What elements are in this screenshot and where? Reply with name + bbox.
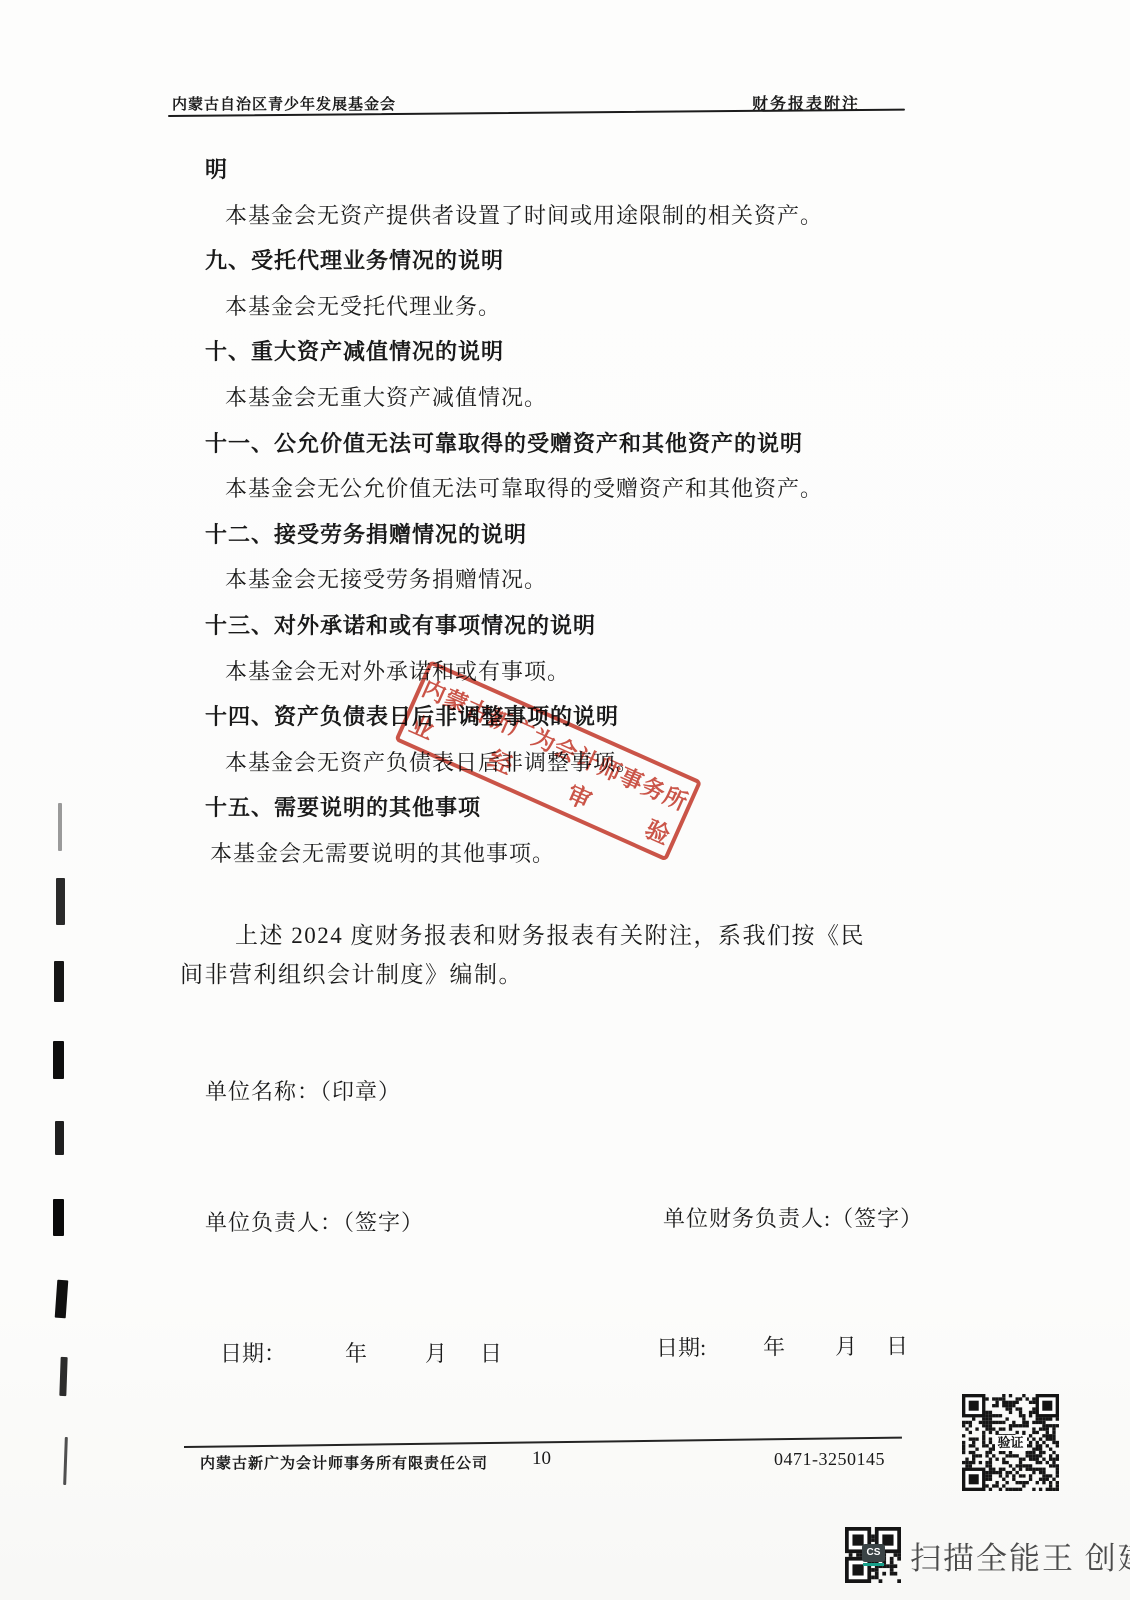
binding-mark xyxy=(56,878,65,925)
verification-qr-code: 验证 xyxy=(962,1394,1059,1491)
section-heading: 十三、对外承诺和或有事项情况的说明 xyxy=(180,603,900,649)
binding-mark xyxy=(54,961,64,1002)
camscanner-qr-icon: CS xyxy=(845,1527,901,1583)
binding-mark xyxy=(53,1199,64,1236)
month-label: 月 xyxy=(835,1330,857,1361)
binding-mark xyxy=(55,1121,64,1155)
binding-mark xyxy=(53,1041,64,1079)
footer-page-number: 10 xyxy=(532,1448,551,1470)
section-paragraph: 本基金会无资产提供者设置了时间或用途限制的相关资产。 xyxy=(180,193,900,239)
unit-name-line: 单位名称：（印章） xyxy=(205,1075,401,1106)
section-paragraph: 本基金会无接受劳务捐赠情况。 xyxy=(180,557,900,603)
footer-phone-number: 0471-3250145 xyxy=(774,1449,885,1470)
date-label: 日期: xyxy=(656,1331,706,1362)
day-label: 日 xyxy=(886,1329,908,1360)
camscanner-label: 扫描全能王 创建 xyxy=(910,1533,1130,1578)
binding-mark xyxy=(58,803,62,851)
section-paragraph: 本基金会无对外承诺和或有事项。 xyxy=(180,649,900,695)
section-paragraph: 本基金会无公允价值无法可靠取得的受赠资产和其他资产。 xyxy=(180,466,900,512)
binding-mark xyxy=(63,1437,68,1485)
section-heading: 明 xyxy=(180,147,900,193)
footer-company-name: 内蒙古新广为会计师事务所有限责任公司 xyxy=(200,1452,488,1473)
camscanner-cs-badge: CS xyxy=(862,1544,885,1562)
qr-center-label: 验证 xyxy=(995,1435,1027,1451)
finance-head-line: 单位财务负责人:（签字） xyxy=(663,1202,923,1233)
section-heading: 十一、公允价值无法可靠取得的受赠资产和其他资产的说明 xyxy=(180,421,900,467)
section-heading: 十、重大资产减值情况的说明 xyxy=(180,329,900,375)
date-line-right: 日期: 年 月 日 xyxy=(0,1329,960,1367)
unit-head-line: 单位负责人：（签字） xyxy=(205,1206,424,1237)
footer-rule xyxy=(184,1437,902,1449)
section-paragraph: 本基金会无受托代理业务。 xyxy=(180,284,900,330)
section-paragraph: 本基金会无需要说明的其他事项。 xyxy=(180,831,900,877)
scanned-document-page: 内蒙古自治区青少年发展基金会 财务报表附注 明 本基金会无资产提供者设置了时间或… xyxy=(0,0,1130,1600)
year-label: 年 xyxy=(763,1330,785,1361)
camscanner-accent-bar xyxy=(863,1563,884,1566)
closing-paragraph: 上述 2024 度财务报表和财务报表有关附注，系我们按《民间非营利组织会计制度》… xyxy=(180,917,888,994)
binding-mark xyxy=(55,1280,69,1319)
section-heading: 九、受托代理业务情况的说明 xyxy=(180,238,900,284)
header-organization: 内蒙古自治区青少年发展基金会 xyxy=(172,93,396,114)
binding-mark xyxy=(59,1357,67,1396)
section-heading: 十二、接受劳务捐赠情况的说明 xyxy=(180,512,900,558)
section-paragraph: 本基金会无重大资产减值情况。 xyxy=(180,375,900,421)
